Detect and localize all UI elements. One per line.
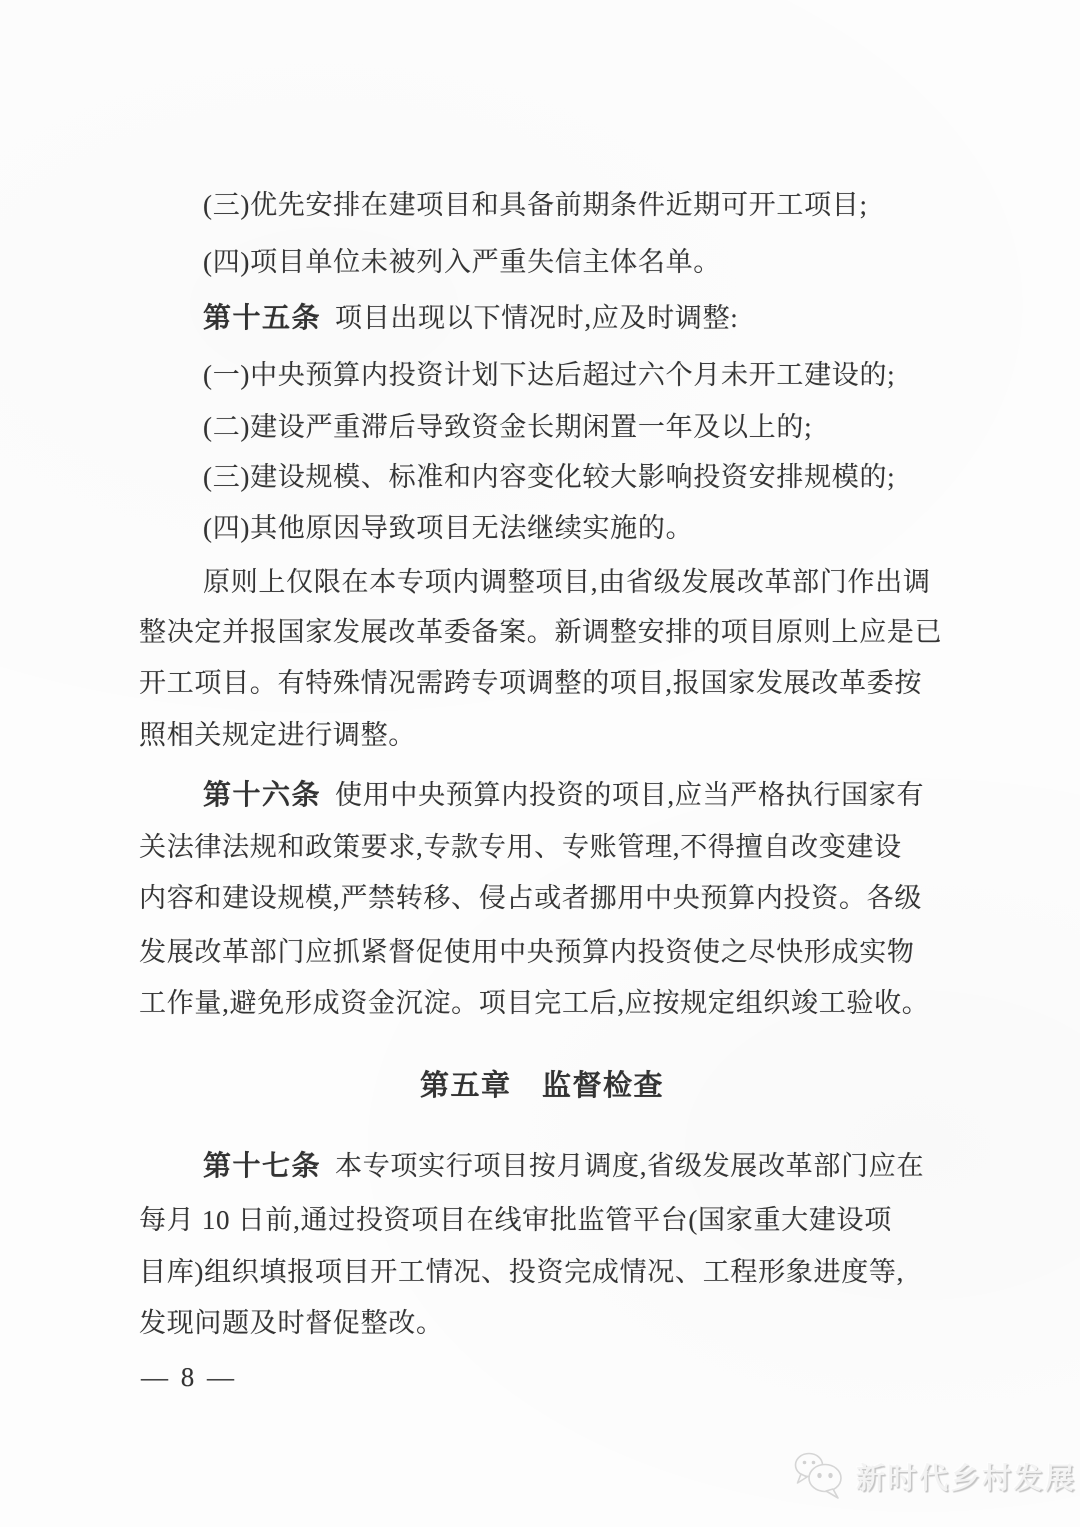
chapter-heading-text: 第五章 监督检查 [420,1070,664,1102]
chapter-heading: 第五章 监督检查 [139,1060,945,1112]
document-line: 关法律法规和政策要求,专款专用、专账管理,不得擅自改变建设 [139,821,945,873]
document-line: 工作量,避免形成资金沉淀。项目完工后,应按规定组织竣工验收。 [139,977,945,1029]
line-text: (四)项目单位未被列入严重失信主体名单。 [203,247,721,277]
document-line: 照相关规定进行调整。 [139,709,945,761]
wechat-icon [792,1450,848,1502]
line-text: 使用中央预算内投资的项目,应当严格执行国家有 [335,780,924,810]
line-text: 照相关规定进行调整。 [139,720,416,750]
line-text: 发现问题及时督促整改。 [139,1308,444,1338]
document-line: (二)建设严重滞后导致资金长期闲置一年及以上的; [139,401,1009,453]
document-line: 内容和建设规模,严禁转移、侵占或者挪用中央预算内投资。各级 [139,872,945,924]
document-line: 整决定并报国家发展改革委备案。新调整安排的项目原则上应是已 [139,606,945,658]
line-text: 内容和建设规模,严禁转移、侵占或者挪用中央预算内投资。各级 [139,883,922,913]
line-text: 本专项实行项目按月调度,省级发展改革部门应在 [335,1151,924,1181]
document-line: (三)建设规模、标准和内容变化较大影响投资安排规模的; [139,451,1009,503]
line-text: 目库)组织填报项目开工情况、投资完成情况、工程形象进度等, [139,1257,904,1287]
document-line: 发现问题及时督促整改。 [139,1297,945,1349]
document-line: 发展改革部门应抓紧督促使用中央预算内投资使之尽快形成实物 [139,926,945,978]
document-line: (一)中央预算内投资计划下达后超过六个月未开工建设的; [139,349,1009,401]
line-text: (一)中央预算内投资计划下达后超过六个月未开工建设的; [203,360,895,390]
line-text: 原则上仅限在本专项内调整项目,由省级发展改革部门作出调 [203,567,931,597]
line-text: 每月 10 日前,通过投资项目在线审批监管平台(国家重大建设项 [139,1205,892,1235]
document-page: (三)优先安排在建项目和具备前期条件近期可开工项目;(四)项目单位未被列入严重失… [0,0,1080,1527]
line-text: 项目出现以下情况时,应及时调整: [335,303,738,333]
line-text: (三)建设规模、标准和内容变化较大影响投资安排规模的; [203,462,895,492]
article-number: 第十五条 [203,303,321,334]
page-number: — 8 — [141,1351,237,1403]
document-line: 目库)组织填报项目开工情况、投资完成情况、工程形象进度等, [139,1246,945,1298]
document-line: 每月 10 日前,通过投资项目在线审批监管平台(国家重大建设项 [139,1194,945,1246]
line-text: (二)建设严重滞后导致资金长期闲置一年及以上的; [203,412,812,442]
document-line: (三)优先安排在建项目和具备前期条件近期可开工项目; [139,179,1009,231]
watermark: 新时代乡村发展 [792,1448,1077,1504]
line-text: (四)其他原因导致项目无法继续实施的。 [203,513,693,543]
document-line: (四)其他原因导致项目无法继续实施的。 [139,502,1009,554]
document-line: (四)项目单位未被列入严重失信主体名单。 [139,236,1009,288]
line-text: 工作量,避免形成资金沉淀。项目完工后,应按规定组织竣工验收。 [139,988,930,1018]
line-text: 开工项目。有特殊情况需跨专项调整的项目,报国家发展改革委按 [139,668,922,698]
article-number: 第十六条 [203,780,321,811]
document-line: 开工项目。有特殊情况需跨专项调整的项目,报国家发展改革委按 [139,657,945,709]
line-text: 关法律法规和政策要求,专款专用、专账管理,不得擅自改变建设 [139,832,902,862]
line-text: (三)优先安排在建项目和具备前期条件近期可开工项目; [203,190,868,220]
document-line: 第十五条项目出现以下情况时,应及时调整: [139,292,1009,344]
line-text: 整决定并报国家发展改革委备案。新调整安排的项目原则上应是已 [139,617,942,647]
document-line: 第十七条本专项实行项目按月调度,省级发展改革部门应在 [139,1140,1009,1192]
line-text: 发展改革部门应抓紧督促使用中央预算内投资使之尽快形成实物 [139,937,915,967]
document-line: 第十六条使用中央预算内投资的项目,应当严格执行国家有 [139,769,1009,821]
article-number: 第十七条 [203,1151,321,1182]
watermark-label: 新时代乡村发展 [856,1456,1077,1497]
document-line: 原则上仅限在本专项内调整项目,由省级发展改革部门作出调 [139,556,1009,608]
